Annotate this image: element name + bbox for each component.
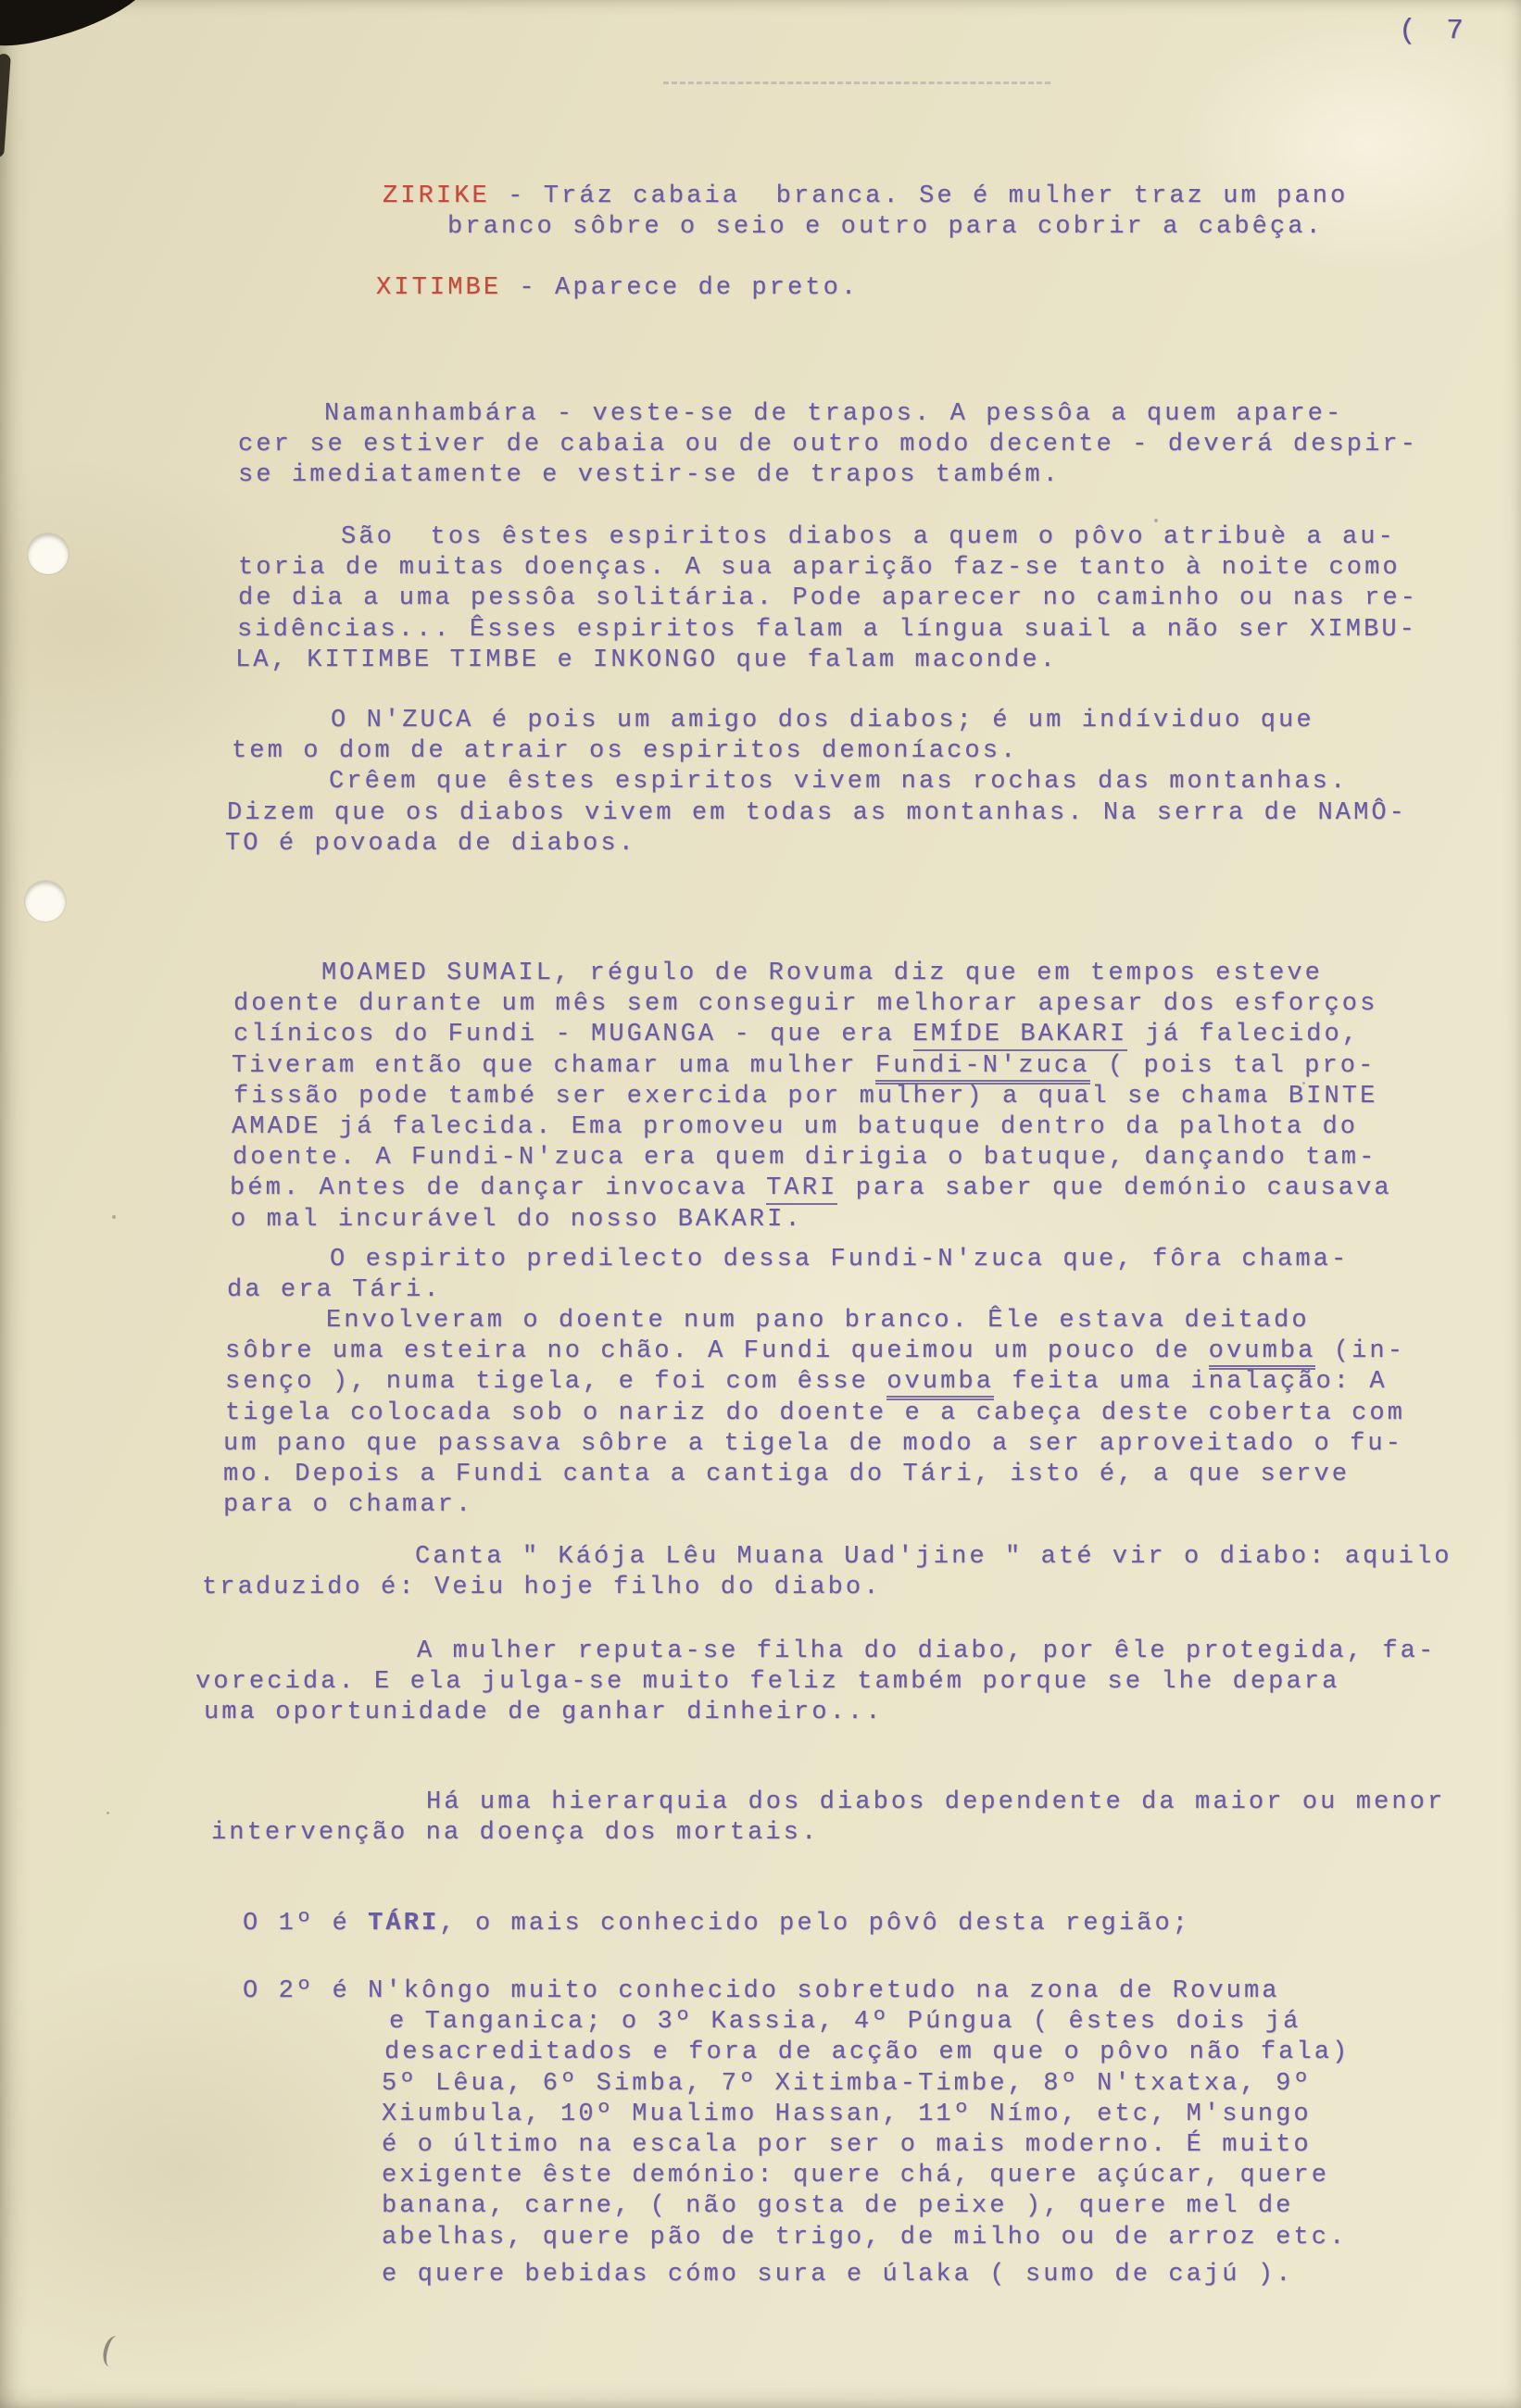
text-segment: banana, carne, ( não gosta de peixe ), q…	[382, 2192, 1293, 2220]
para-canta-line-2: traduzido é: Veiu hoje filho do diabo.	[202, 1573, 882, 1603]
text-segment: LA, KITIMBE TIMBE e INKONGO que falam ma…	[235, 646, 1058, 674]
text-segment: intervenção na doença dos mortais.	[211, 1819, 819, 1847]
para-envolveram-line-3: senço ), numa tigela, e foi com êsse ovu…	[225, 1367, 1388, 1398]
para-namanhambara-line-1: Namanhambára - veste-se de trapos. A pes…	[324, 399, 1343, 430]
faint-dashed-line-artifact	[663, 82, 1050, 84]
para-moamed-sumail-line-2: doente durante um mês sem conseguir melh…	[233, 989, 1377, 1020]
scan-corner-artifact	[0, 0, 163, 55]
text-segment: Namanhambára - veste-se de trapos. A pes…	[324, 400, 1343, 428]
text-segment: exigente êste demónio: quere chá, quere …	[382, 2162, 1329, 2189]
text-segment: (in-	[1315, 1337, 1405, 1365]
text-segment: um pano que passava sôbre a tigela de mo…	[223, 1430, 1403, 1458]
text-segment: e Tanganica; o 3º Kassia, 4º Púngua ( ês…	[389, 2008, 1301, 2036]
para-espirito-predilecto-line-1: O espirito predilecto dessa Fundi-N'zuca…	[330, 1245, 1349, 1275]
text-segment: Crêem que êstes espiritos vivem nas roch…	[329, 768, 1348, 796]
para-envolveram-line-1: Envolveram o doente num pano branco. Êle…	[326, 1306, 1310, 1336]
text-segment: TÁRI	[368, 1910, 439, 1938]
item-segundo-diabo-line-3: desacreditados e fora de acção em que o …	[384, 2038, 1350, 2068]
para-envolveram-line-2: sôbre uma esteira no chão. A Fundi queim…	[225, 1336, 1405, 1367]
text-segment: abelhas, quere pão de trigo, de milho ou…	[382, 2224, 1347, 2251]
para-nzuca-line-4: Dizem que os diabos vivem em todas as mo…	[227, 798, 1407, 829]
text-segment: bém. Antes de dançar invocava	[230, 1174, 766, 1202]
para-espiritos-diabos-line-3: de dia a uma pessôa solitária. Pode apar…	[238, 583, 1418, 614]
text-segment: fissão pode també ser exercida por mulhe…	[233, 1083, 1377, 1110]
hole-punch-bottom	[25, 881, 66, 922]
text-segment: O espirito predilecto dessa Fundi-N'zuca…	[330, 1246, 1349, 1273]
item-primeiro-diabo-line-1: O 1º é TÁRI, o mais conhecido pelo pôvô …	[243, 1909, 1190, 1939]
para-moamed-sumail-line-9: o mal incurável do nosso BAKARI.	[231, 1205, 803, 1235]
para-espiritos-diabos-line-5: LA, KITIMBE TIMBE e INKONGO que falam ma…	[235, 646, 1058, 676]
text-segment: para saber que demónio causava	[837, 1174, 1391, 1202]
item-segundo-diabo-line-1: O 2º é N'kôngo muito conhecido sobretudo…	[243, 1976, 1280, 2007]
para-mulher-filha-line-1: A mulher reputa-se filha do diabo, por ê…	[417, 1637, 1436, 1667]
para-nzuca-line-5: TO é povoada de diabos.	[225, 829, 636, 859]
text-segment: Tiveram então que chamar uma mulher	[232, 1052, 875, 1080]
text-segment: sôbre uma esteira no chão. A Fundi queim…	[225, 1337, 1209, 1365]
para-envolveram-line-7: para o chamar.	[223, 1490, 473, 1521]
text-segment: tem o dom de atrair os espiritos demonía…	[232, 737, 1018, 765]
text-segment: mo. Depois a Fundi canta a cantiga do Tá…	[223, 1461, 1350, 1488]
para-hierarquia-line-2: intervenção na doença dos mortais.	[211, 1818, 819, 1849]
text-segment: traduzido é: Veiu hoje filho do diabo.	[202, 1574, 882, 1601]
text-segment: Fundi-N'zuca	[875, 1052, 1090, 1085]
item-segundo-diabo-line-10: e quere bebidas cómo sura e úlaka ( sumo…	[382, 2260, 1293, 2290]
para-mulher-filha-line-3: uma oportunidade de ganhar dinheiro...	[204, 1698, 884, 1728]
text-segment: já falecido,	[1127, 1021, 1360, 1048]
para-moamed-sumail-line-1: MOAMED SUMAIL, régulo de Rovuma diz que …	[321, 959, 1323, 989]
text-segment: branco sôbre o seio e outro para cobrir …	[447, 213, 1324, 241]
para-espiritos-diabos-line-4: sidências... Êsses espiritos falam a lín…	[237, 615, 1417, 646]
para-espirito-predilecto-line-2: da era Tári.	[227, 1275, 442, 1306]
text-segment: ovumba	[886, 1368, 994, 1400]
text-segment: A mulher reputa-se filha do diabo, por ê…	[417, 1637, 1436, 1665]
entry-zirike-line-1: ZIRIKE - Tráz cabaia branca. Se é mulher…	[383, 182, 1348, 212]
paper-speck	[107, 1812, 109, 1814]
text-segment: cer se estiver de cabaia ou de outro mod…	[238, 431, 1418, 458]
para-envolveram-line-4: tigela colocada sob o nariz do doente e …	[225, 1398, 1405, 1429]
text-segment: TARI	[766, 1174, 837, 1205]
text-segment: O 2º é N'kôngo muito conhecido sobretudo…	[243, 1977, 1280, 2005]
text-segment: São tos êstes espiritos diabos a quem o …	[341, 523, 1396, 551]
para-moamed-sumail-line-3: clínicos do Fundi - MUGANGA - que era EM…	[233, 1020, 1360, 1050]
text-segment: se imediatamente e vestir-se de trapos t…	[238, 461, 1061, 489]
text-segment: - Aparece de preto.	[501, 274, 859, 302]
para-nzuca-line-2: tem o dom de atrair os espiritos demonía…	[232, 736, 1018, 767]
para-moamed-sumail-line-5: fissão pode també ser exercida por mulhe…	[233, 1082, 1377, 1112]
para-moamed-sumail-line-4: Tiveram então que chamar uma mulher Fund…	[232, 1051, 1376, 1082]
text-segment: de dia a uma pessôa solitária. Pode apar…	[238, 584, 1418, 612]
text-segment: Dizem que os diabos vivem em todas as mo…	[227, 799, 1407, 827]
text-segment: doente durante um mês sem conseguir melh…	[233, 990, 1377, 1018]
text-segment: uma oportunidade de ganhar dinheiro...	[204, 1699, 884, 1726]
text-segment: é o último na escala por ser o mais mode…	[382, 2131, 1312, 2159]
para-nzuca-line-3: Crêem que êstes espiritos vivem nas roch…	[329, 767, 1348, 797]
paper-speck	[112, 1215, 116, 1219]
para-hierarquia-line-1: Há uma hierarquia dos diabos dependente …	[426, 1787, 1445, 1818]
para-moamed-sumail-line-7: doente. A Fundi-N'zuca era quem dirigia …	[233, 1143, 1376, 1173]
entry-xitimbe-line-1: XITIMBE - Aparece de preto.	[376, 273, 859, 304]
text-segment: ( pois tal pro-	[1090, 1052, 1376, 1080]
item-segundo-diabo-line-2: e Tanganica; o 3º Kassia, 4º Púngua ( ês…	[389, 2007, 1301, 2038]
entry-zirike-line-2: branco sôbre o seio e outro para cobrir …	[447, 212, 1324, 243]
item-segundo-diabo-line-8: banana, carne, ( não gosta de peixe ), q…	[382, 2191, 1293, 2222]
pen-mark-artifact	[100, 2334, 126, 2369]
text-segment: doente. A Fundi-N'zuca era quem dirigia …	[233, 1144, 1376, 1172]
text-segment: 5º Lêua, 6º Simba, 7º Xitimba-Timbe, 8º …	[382, 2070, 1312, 2098]
text-segment: ZIRIKE	[383, 182, 490, 210]
text-segment: e quere bebidas cómo sura e úlaka ( sumo…	[382, 2261, 1293, 2289]
scan-edge-artifact	[0, 54, 11, 158]
hole-punch-top	[28, 533, 69, 574]
para-moamed-sumail-line-6: AMADE já falecida. Ema promoveu um batuq…	[232, 1112, 1358, 1143]
text-segment: Envolveram o doente num pano branco. Êle…	[326, 1307, 1310, 1335]
para-namanhambara-line-2: cer se estiver de cabaia ou de outro mod…	[238, 430, 1418, 460]
text-segment: feita uma inalação: A	[994, 1368, 1388, 1396]
text-segment: XITIMBE	[376, 274, 501, 302]
text-segment: ovumba	[1209, 1337, 1316, 1370]
text-segment: Canta " Káója Lêu Muana Uad'jine " até v…	[415, 1543, 1452, 1571]
para-namanhambara-line-3: se imediatamente e vestir-se de trapos t…	[238, 460, 1061, 491]
para-espiritos-diabos-line-1: São tos êstes espiritos diabos a quem o …	[341, 522, 1396, 553]
text-segment: sidências... Êsses espiritos falam a lín…	[237, 616, 1417, 644]
text-segment: desacreditados e fora de acção em que o …	[384, 2038, 1350, 2066]
para-moamed-sumail-line-8: bém. Antes de dançar invocava TARI para …	[230, 1173, 1392, 1204]
text-segment: clínicos do Fundi - MUGANGA - que era	[233, 1021, 913, 1048]
text-segment: para o chamar.	[223, 1491, 473, 1519]
text-segment: MOAMED SUMAIL, régulo de Rovuma diz que …	[321, 959, 1323, 987]
text-segment: da era Tári.	[227, 1276, 442, 1304]
text-segment: O N'ZUCA é pois um amigo dos diabos; é u…	[331, 707, 1314, 734]
text-segment: EMÍDE BAKARI	[913, 1021, 1128, 1051]
para-canta-line-1: Canta " Káója Lêu Muana Uad'jine " até v…	[415, 1542, 1452, 1573]
text-segment: Xiumbula, 10º Mualimo Hassan, 11º Nímo, …	[382, 2101, 1312, 2128]
text-segment: o mal incurável do nosso BAKARI.	[231, 1206, 803, 1234]
document-page: ( 7 ZIRIKE - Tráz cabaia branca. Se é mu…	[0, 0, 1521, 2408]
text-segment: TO é povoada de diabos.	[225, 830, 636, 858]
text-segment: senço ), numa tigela, e foi com êsse	[225, 1368, 886, 1396]
text-segment: vorecida. E ela julga-se muito feliz tam…	[195, 1668, 1339, 1696]
para-nzuca-line-1: O N'ZUCA é pois um amigo dos diabos; é u…	[331, 706, 1314, 736]
para-envolveram-line-5: um pano que passava sôbre a tigela de mo…	[223, 1429, 1403, 1460]
text-segment: - Tráz cabaia branca. Se é mulher traz u…	[490, 182, 1349, 210]
para-envolveram-line-6: mo. Depois a Fundi canta a cantiga do Tá…	[223, 1460, 1350, 1490]
item-segundo-diabo-line-6: é o último na escala por ser o mais mode…	[382, 2130, 1312, 2161]
text-segment: Há uma hierarquia dos diabos dependente …	[426, 1788, 1445, 1816]
text-segment: , o mais conhecido pelo pôvô desta regiã…	[439, 1910, 1190, 1938]
para-espiritos-diabos-line-2: toria de muitas doenças. A sua aparição …	[238, 553, 1401, 583]
item-segundo-diabo-line-5: Xiumbula, 10º Mualimo Hassan, 11º Nímo, …	[382, 2100, 1312, 2130]
text-segment: tigela colocada sob o nariz do doente e …	[225, 1399, 1405, 1427]
text-segment: toria de muitas doenças. A sua aparição …	[238, 554, 1401, 582]
item-segundo-diabo-line-4: 5º Lêua, 6º Simba, 7º Xitimba-Timbe, 8º …	[382, 2069, 1312, 2100]
item-segundo-diabo-line-9: abelhas, quere pão de trigo, de milho ou…	[382, 2223, 1347, 2253]
text-segment: O 1º é	[243, 1910, 368, 1938]
text-segment: AMADE já falecida. Ema promoveu um batuq…	[232, 1113, 1358, 1141]
page-number: ( 7	[1399, 15, 1470, 47]
item-segundo-diabo-line-7: exigente êste demónio: quere chá, quere …	[382, 2161, 1329, 2191]
para-mulher-filha-line-2: vorecida. E ela julga-se muito feliz tam…	[195, 1667, 1339, 1698]
